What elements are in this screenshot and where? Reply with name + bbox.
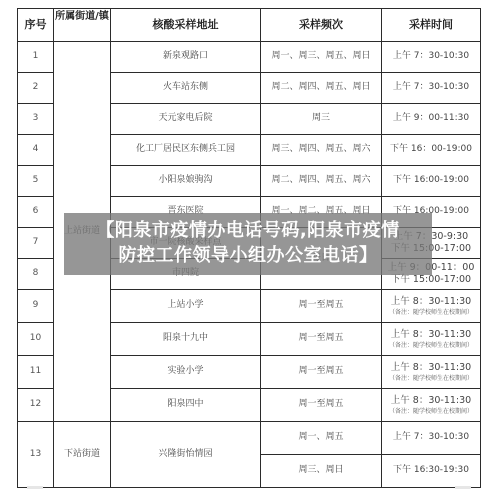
seq-cell: 7 <box>18 228 54 259</box>
time-cell: 下午 16:30-19:30 <box>382 455 481 488</box>
table-header-row: 序号 所属街道/镇 核酸采样地址 采样频次 采样时间 <box>18 9 481 42</box>
time-cell: 上午 7：30-10:30 <box>382 73 481 104</box>
time-cell: 上午 7：30-10:30 <box>382 42 481 73</box>
frequency-cell: 周三、周日 <box>261 455 382 488</box>
address-cell: 实验小学 <box>111 356 261 389</box>
time-cell: 上午 8：30-11:30 （备注：随学校师生在校期间） <box>382 389 481 422</box>
seq-cell: 1 <box>18 42 54 73</box>
address-cell: 小阳泉娘驹沟 <box>111 166 261 197</box>
seq-cell: 2 <box>18 73 54 104</box>
seq-cell: 13 <box>18 422 54 488</box>
seq-cell: 12 <box>18 389 54 422</box>
address-cell: 上站小学 <box>111 290 261 323</box>
address-cell: 天元家电后院 <box>111 104 261 135</box>
street-label: 下站街道 <box>64 449 100 459</box>
seq-cell: 8 <box>18 259 54 290</box>
seq-cell: 9 <box>18 290 54 323</box>
time-cell: 下午 16:00-19:00 <box>382 166 481 197</box>
time-cell: 上午 8：30-11:30 （备注：随学校师生在校期间） <box>382 323 481 356</box>
title-overlay-banner: 【阳泉市疫情办电话号码,阳泉市疫情 防控工作领导小组办公室电话】 <box>64 213 432 275</box>
address-cell: 阳泉四中 <box>111 389 261 422</box>
frequency-cell: 周二、周四、周五、周六 <box>261 166 382 197</box>
frequency-cell: 周一至周五 <box>261 356 382 389</box>
time-afternoon: 下午 15:00-17:00 <box>382 274 480 286</box>
frequency-cell: 周三、周四、周五、周六 <box>261 135 382 166</box>
time-main: 上午 8：30-11:30 <box>382 329 480 341</box>
address-cell: 兴隆街怡情园 <box>111 422 261 488</box>
time-cell: 上午 8：30-11:30 （备注：随学校师生在校期间） <box>382 290 481 323</box>
frequency-cell: 周一、周三、周五、周日 <box>261 42 382 73</box>
time-note: （备注：随学校师生在校期间） <box>382 375 480 383</box>
time-main: 上午 8：30-11:30 <box>382 395 480 407</box>
address-cell: 阳泉十九中 <box>111 323 261 356</box>
time-cell: 下午 16：00-19:00 <box>382 135 481 166</box>
seq-cell: 5 <box>18 166 54 197</box>
seq-cell: 6 <box>18 197 54 228</box>
banner-line-1: 【阳泉市疫情办电话号码,阳泉市疫情 <box>64 218 432 243</box>
time-cell: 上午 9：00-11:30 <box>382 104 481 135</box>
header-address: 核酸采样地址 <box>111 9 261 42</box>
time-note: （备注：随学校师生在校期间） <box>382 342 480 350</box>
frequency-cell: 周一至周五 <box>261 290 382 323</box>
time-note: （备注：随学校师生在校期间） <box>382 309 480 317</box>
time-note: （备注：随学校师生在校期间） <box>382 408 480 416</box>
header-frequency: 采样频次 <box>261 9 382 42</box>
seq-cell: 4 <box>18 135 54 166</box>
header-seq: 序号 <box>18 9 54 42</box>
banner-line-2: 防控工作领导小组办公室电话】 <box>64 243 432 268</box>
frequency-cell: 周一至周五 <box>261 389 382 422</box>
time-main: 上午 8：30-11:30 <box>382 362 480 374</box>
header-street: 所属街道/镇 <box>54 9 111 42</box>
time-cell: 上午 8：30-11:30 （备注：随学校师生在校期间） <box>382 356 481 389</box>
table-row: 13 下站街道 兴隆街怡情园 周一、周五 上午 7：30-10:30 <box>18 422 481 455</box>
seq-cell: 10 <box>18 323 54 356</box>
frequency-cell: 周三 <box>261 104 382 135</box>
street-cell-xiazhan: 下站街道 <box>54 422 111 488</box>
table-row: 1 上站街道 新泉观路口 周一、周三、周五、周日 上午 7：30-10:30 <box>18 42 481 73</box>
address-cell: 火车站东侧 <box>111 73 261 104</box>
address-cell: 化工厂居民区东侧兵工园 <box>111 135 261 166</box>
address-cell: 新泉观路口 <box>111 42 261 73</box>
header-time: 采样时间 <box>382 9 481 42</box>
seq-cell: 3 <box>18 104 54 135</box>
frequency-cell: 周一至周五 <box>261 323 382 356</box>
frequency-cell: 周一、周五 <box>261 422 382 455</box>
frequency-cell: 周二、周四、周五、周日 <box>261 73 382 104</box>
time-main: 上午 8：30-11:30 <box>382 296 480 308</box>
seq-cell: 11 <box>18 356 54 389</box>
time-cell: 上午 7：30-10:30 <box>382 422 481 455</box>
